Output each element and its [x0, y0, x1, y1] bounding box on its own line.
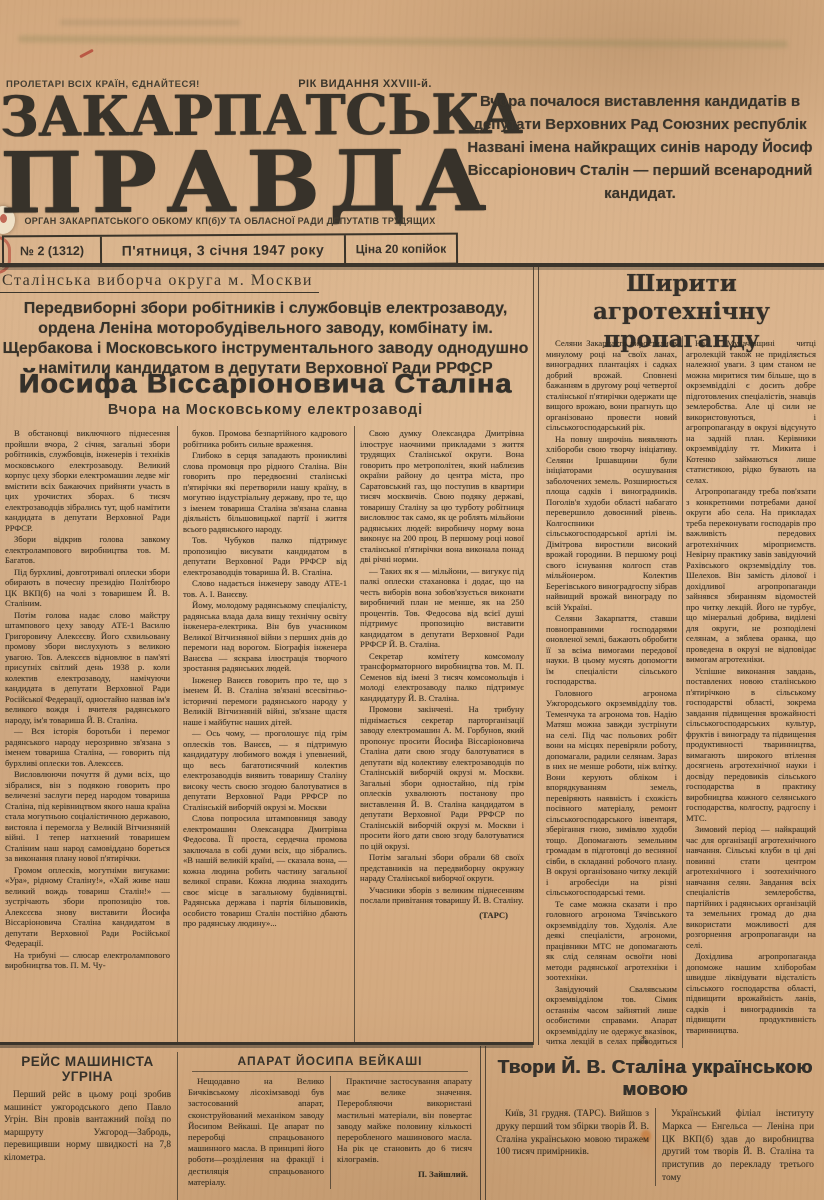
paragraph: Нещодавно на Велико Бичківському лісохім… [188, 1076, 324, 1188]
issue-price: Ціна 20 копійок [346, 235, 456, 264]
paragraph: Громом оплесків, могутніми вигуками: «Ур… [5, 865, 170, 949]
paragraph: На повну широчінь виявляють хлібороби св… [546, 434, 677, 613]
paragraph: Те саме можна сказати і про головного аг… [546, 899, 677, 983]
bleedthrough-ghost-text [360, 53, 690, 71]
tvory-column-1: Київ, 31 грудня. (ТАРС). Вийшов з друку … [490, 1108, 655, 1186]
paragraph: Дохідлива агропропаганда допоможе нашим … [686, 951, 816, 1035]
paragraph: Перший рейс в цьому році зробив машиніст… [4, 1089, 171, 1164]
agro-column-1: Селяни Закарпаття виростили в минулому р… [543, 336, 682, 1048]
paragraph: Під бурхливі, довготривалі оплески збори… [5, 567, 170, 609]
masthead-line-2: ПРАВДА [0, 144, 460, 223]
paragraph: Селяни Закарпаття, ставши повноправними … [546, 613, 677, 687]
paragraph: Слова попросила штамповниця заводу елект… [183, 813, 347, 929]
aparat-body: Нещодавно на Велико Бичківському лісохім… [182, 1076, 478, 1189]
paragraph: Свою думку Олександра Дмитрівна ілюструє… [360, 428, 524, 565]
paragraph: Потім голова надає слово майстру штампов… [5, 610, 170, 726]
paragraph: Практичне застосування апарату має велик… [337, 1076, 472, 1166]
paragraph: Висловлюючи почуття й думи всіх, що зібр… [5, 769, 170, 864]
organ-line: ОРГАН ЗАКАРПАТСЬКОГО ОБКОМУ КП(б)У ТА ОБ… [10, 216, 450, 226]
lead-kicker: Сталінська виборча округа м. Москви [0, 272, 319, 293]
tvory-body: Київ, 31 грудня. (ТАРС). Вийшов з друку … [490, 1108, 820, 1186]
issue-number: № 2 (1312) [4, 237, 102, 266]
paragraph: Київ, 31 грудня. (ТАРС). Вийшов з друку … [496, 1108, 649, 1159]
paragraph: Учасники зборів з великим піднесенням по… [360, 885, 524, 906]
tvory-headline: Твори Й. В. Сталіна українською мовою [490, 1056, 820, 1100]
issue-date: П'ятниця, 3 січня 1947 року [102, 235, 346, 264]
lead-column-1: В обстановці виключного піднесення пройш… [0, 426, 177, 1042]
paragraph: Український філіал інституту Маркса — Ен… [662, 1108, 814, 1185]
paragraph: Слово надається інженеру заводу АТЕ-1 то… [183, 578, 347, 599]
paragraph: Секретар комітету комсомолу трансформато… [360, 651, 524, 704]
header-rule [0, 263, 824, 267]
reis-body: Перший рейс в цьому році зробив машиніст… [4, 1089, 171, 1164]
paragraph: Промови закінчені. На трибуну піднімаєть… [360, 704, 524, 851]
red-pen-mark [79, 49, 94, 59]
bleedthrough-smudge [18, 35, 788, 47]
lead-subhead: Вчора на Московському електрозаводі [0, 402, 531, 418]
bottom-band-rule [0, 1042, 533, 1045]
paragraph: Йому, молодому радянському спеціалісту, … [183, 600, 347, 674]
lead-column-2: буков. Промова безпартійного кадрового р… [177, 426, 354, 1042]
aparat-column-2: Практичне застосування апарату має велик… [330, 1076, 478, 1189]
paragraph: — Ось чому, — проголошує під грім оплеск… [183, 728, 347, 812]
lead-headline: Йосифа Віссаріоновича Сталіна [0, 369, 531, 400]
paragraph: Глибоко в серця западають проникливі сло… [183, 450, 347, 534]
bleedthrough-smudge [60, 20, 240, 25]
vertical-rule [533, 267, 539, 1045]
lead-column-3: Свою думку Олександра Дмитрівна ілюструє… [354, 426, 531, 1042]
aparat-article: АПАРАТ ЙОСИПА ВЕЙКАШІ Нещодавно на Велик… [182, 1052, 478, 1200]
section-end-ornament: ⁂ [638, 1034, 652, 1047]
tvory-article: Твори Й. В. Сталіна українською мовою Ки… [490, 1052, 820, 1200]
vertical-rule [480, 1046, 486, 1200]
masthead: ЗАКАРПАТСЬКА ПРАВДА [0, 87, 460, 223]
paragraph: Завідуючий Свалявським окрземвідділом то… [546, 984, 677, 1049]
paragraph: На Мукачівщині читці агролекцій також не… [686, 338, 816, 485]
paragraph: В обстановці виключного піднесення пройш… [5, 428, 170, 533]
lead-deck: Передвиборні збори робітників і службовц… [0, 299, 531, 379]
paragraph: Селяни Закарпаття виростили в минулому р… [546, 338, 677, 433]
agro-column-2: На Мукачівщині читці агролекцій також не… [682, 336, 821, 1048]
paragraph: Агропропаганду треба пов'язати з конкрет… [686, 486, 816, 665]
front-page-announcement: Вчора почалося виставлення кандидатів в … [462, 90, 818, 205]
paragraph: Зимовий період — найкращий час для орган… [686, 824, 816, 950]
lead-article-body: В обстановці виключного піднесення пройш… [0, 426, 533, 1042]
paragraph: Збори відкрив голова завкому електроламп… [5, 534, 170, 566]
aparat-headline: АПАРАТ ЙОСИПА ВЕЙКАШІ [192, 1054, 468, 1072]
paragraph: Успішне виконання завдань, поставлених н… [686, 666, 816, 824]
aparat-column-1: Нещодавно на Велико Бичківському лісохім… [182, 1076, 330, 1189]
paragraph: Потім загальні збори обрали 68 своїх пре… [360, 852, 524, 884]
aparat-column-2-text: Практичне застосування апарату має велик… [337, 1076, 472, 1166]
paragraph: Головного агронома Ужгородського окрземв… [546, 688, 677, 898]
aparat-byline: П. Зайшлий. [337, 1169, 472, 1180]
paragraph: — Таких як я — мільйони, — вигукує під п… [360, 566, 524, 650]
paragraph: Інженер Ванєєв говорить про те, що з іме… [183, 675, 347, 728]
reis-headline: РЕЙС МАШИНІСТА УГРІНА [4, 1054, 171, 1084]
agro-article-body: Селяни Закарпаття виростили в минулому р… [543, 336, 822, 1048]
paragraph: На трибуні — слюсар електролампового вир… [5, 950, 170, 971]
reis-article: РЕЙС МАШИНІСТА УГРІНА Перший рейс в цьом… [0, 1052, 178, 1200]
paragraph: буков. Промова безпартійного кадрового р… [183, 428, 347, 449]
tvory-column-2: Український філіал інституту Маркса — Ен… [655, 1108, 820, 1186]
newspaper-page: ПРОЛЕТАРІ ВСІХ КРАЇН, ЄДНАЙТЕСЯ! РІК ВИД… [0, 0, 824, 1200]
paragraph: Тов. Чубуков палко підтримує пропозицію … [183, 535, 347, 577]
paragraph: (ТАРС) [360, 910, 524, 921]
paragraph: — Вся історія боротьби і перемог радянсь… [5, 726, 170, 768]
